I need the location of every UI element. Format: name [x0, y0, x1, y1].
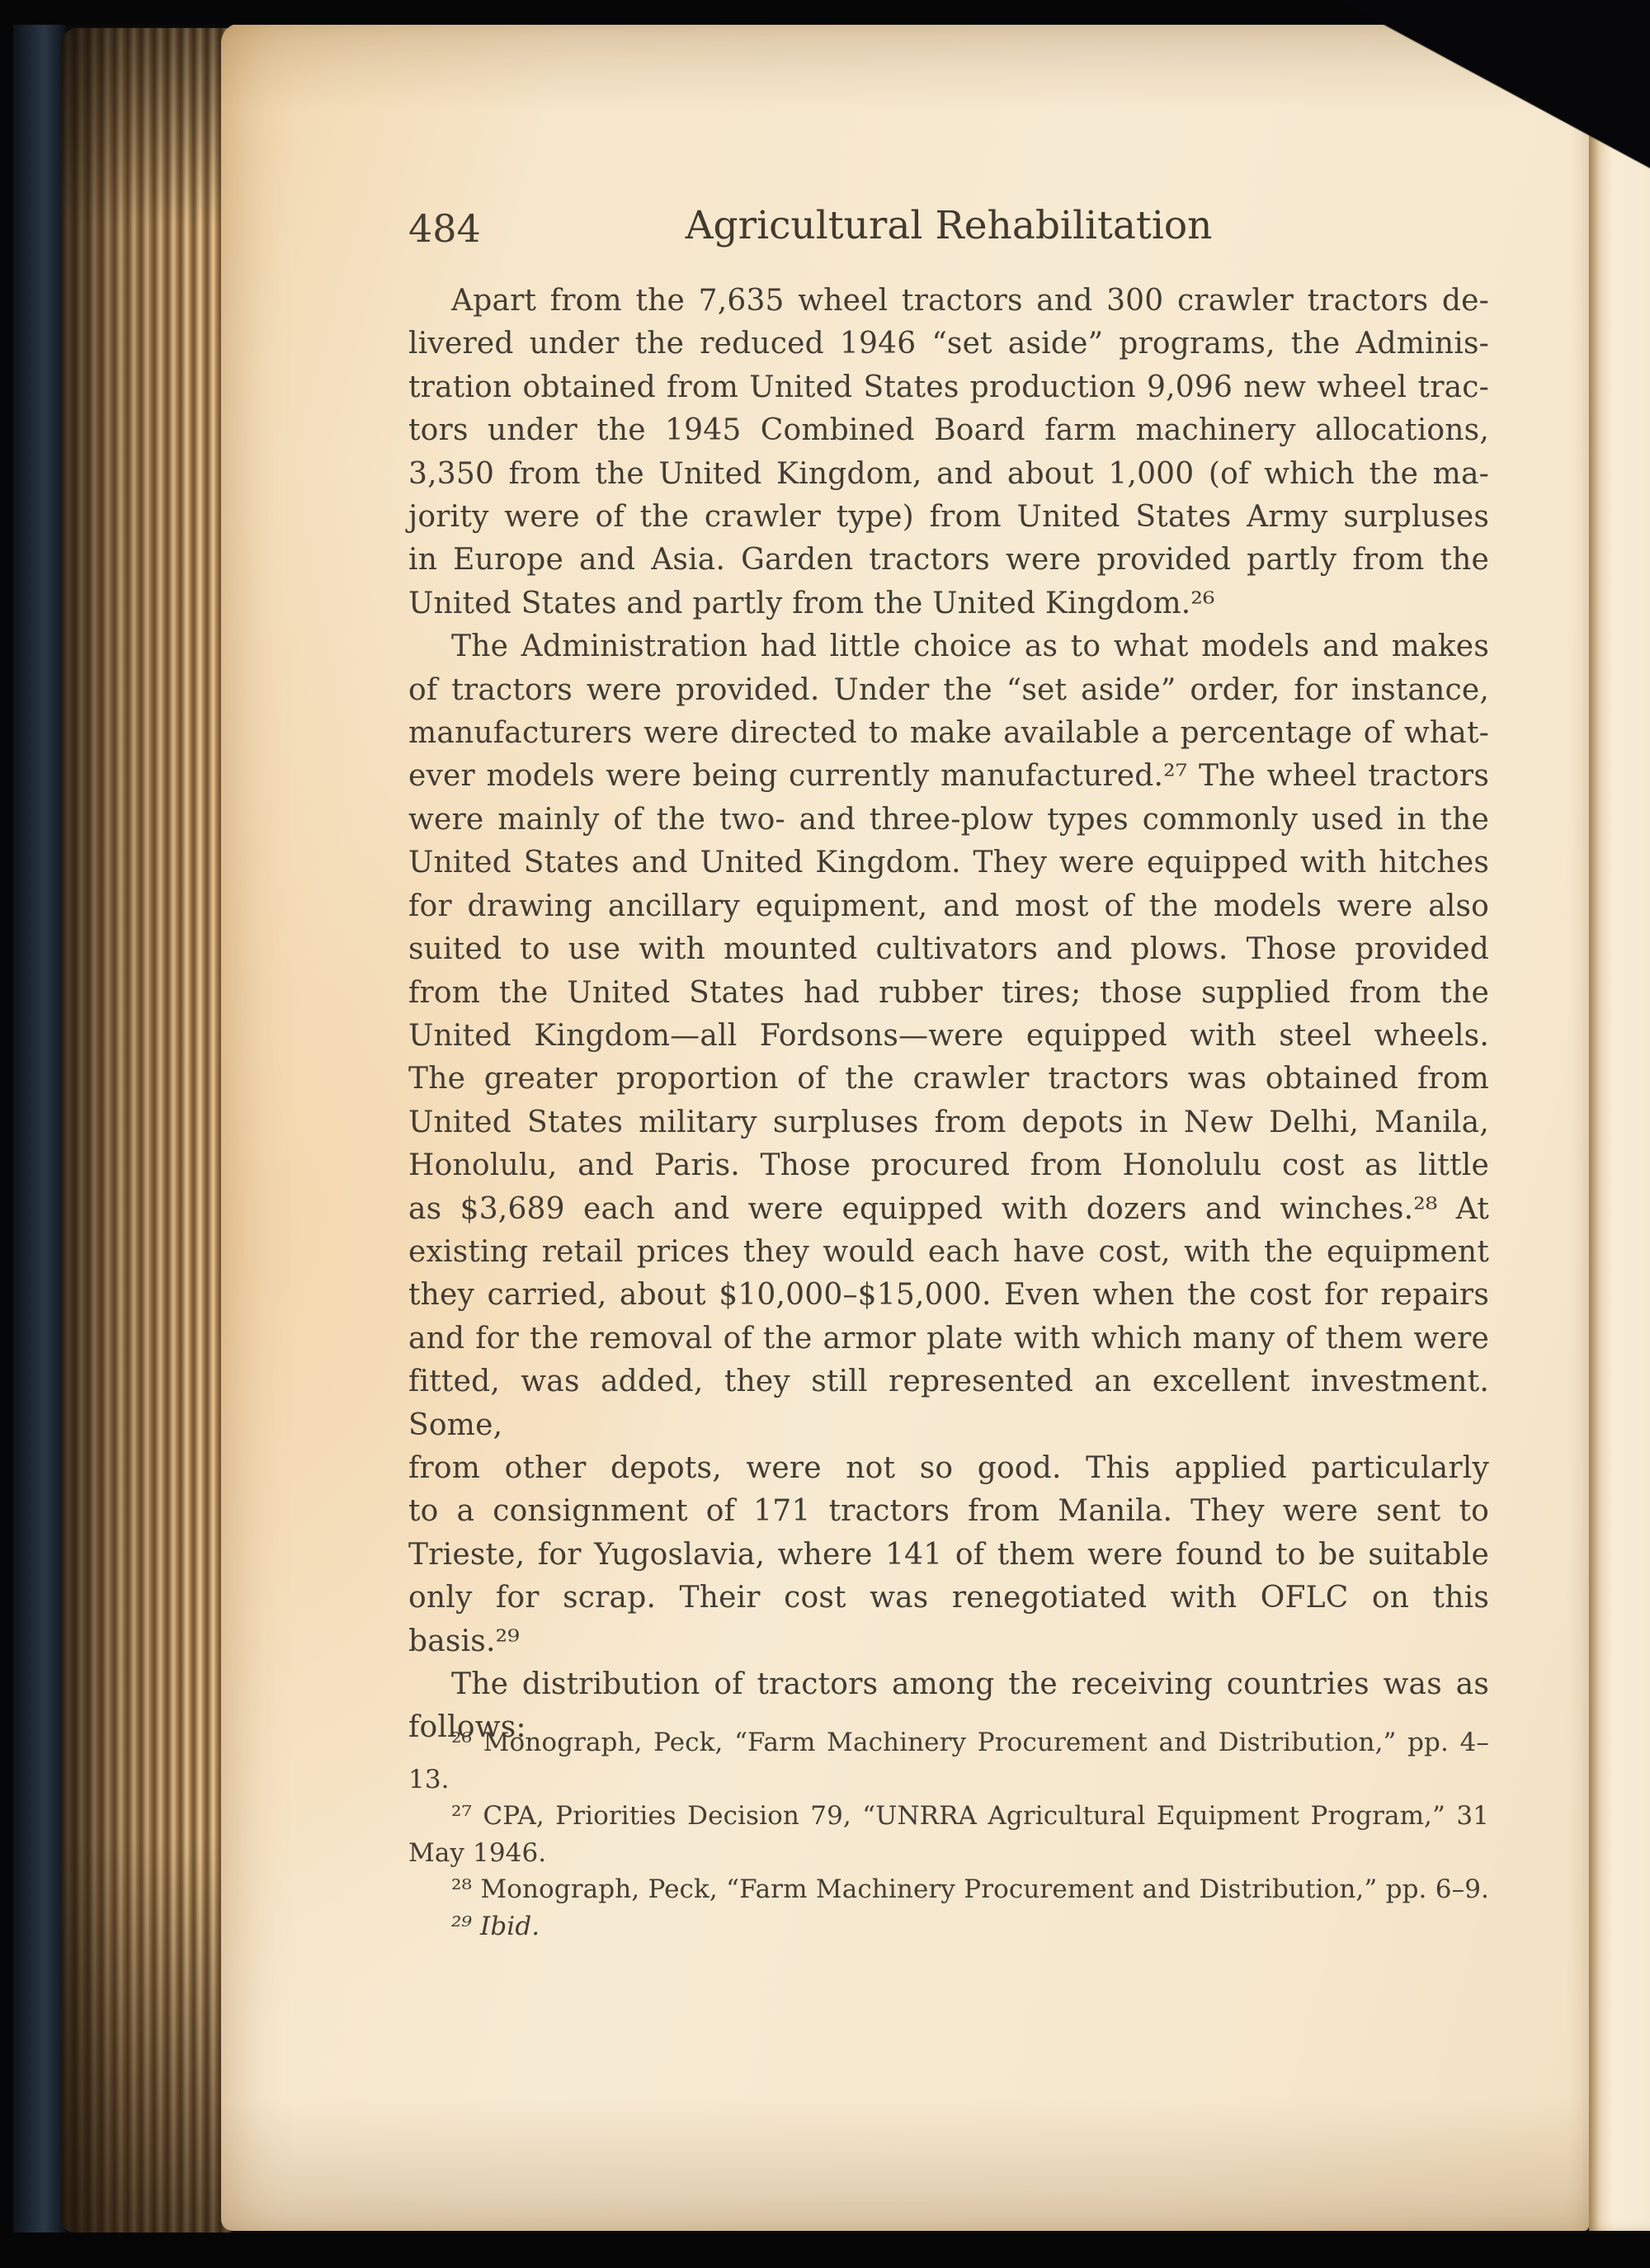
text-line: ²⁷ CPA, Priorities Decision 79, “UNRRA A…	[408, 1798, 1489, 1835]
text-line: The distribution of tractors among the r…	[408, 1663, 1489, 1706]
footnotes: ²⁶ Monograph, Peck, “Farm Machinery Proc…	[408, 1724, 1489, 1945]
scanned-book-photo: 484 Agricultural Rehabilitation Apart fr…	[0, 0, 1650, 2268]
running-head: Agricultural Rehabilitation	[408, 203, 1489, 248]
text-line: United Kingdom—all Fordsons—were equippe…	[408, 1015, 1489, 1058]
text-line: United States and partly from the United…	[408, 582, 1489, 625]
text-line: they carried, about $10,000–$15,000. Eve…	[408, 1274, 1489, 1317]
text-line: suited to use with mounted cultivators a…	[408, 928, 1489, 971]
text-line: United States military surpluses from de…	[408, 1101, 1489, 1144]
text-line: existing retail prices they would each h…	[408, 1231, 1489, 1274]
paragraph: ²⁹ Ibid.	[408, 1908, 1489, 1945]
text-line: The greater proportion of the crawler tr…	[408, 1058, 1489, 1101]
stacked-page-edges	[61, 28, 231, 2233]
text-line: of tractors were provided. Under the “se…	[408, 669, 1489, 712]
body-text: Apart from the 7,635 wheel tractors and …	[408, 280, 1489, 1750]
text-line: Trieste, for Yugoslavia, where 141 of th…	[408, 1534, 1489, 1577]
text-line: only for scrap. Their cost was renegotia…	[408, 1577, 1489, 1620]
photo-border-corner	[1336, 0, 1650, 169]
book-page: 484 Agricultural Rehabilitation Apart fr…	[221, 23, 1589, 2231]
photo-border-left	[0, 0, 13, 2268]
text-line: and for the removal of the armor plate w…	[408, 1318, 1489, 1360]
text-line: from other depots, were not so good. Thi…	[408, 1447, 1489, 1490]
text-line: livered under the reduced 1946 “set asid…	[408, 323, 1489, 365]
photo-border-bottom	[0, 2233, 1650, 2268]
text-line: tration obtained from United States prod…	[408, 366, 1489, 409]
text-line: Apart from the 7,635 wheel tractors and …	[408, 280, 1489, 323]
text-line: in Europe and Asia. Garden tractors were…	[408, 539, 1489, 582]
paragraph: The Administration had little choice as …	[408, 625, 1489, 1663]
text-line: fitted, was added, they still represente…	[408, 1360, 1489, 1447]
text-line: to a consignment of 171 tractors from Ma…	[408, 1490, 1489, 1533]
paragraph: ²⁸ Monograph, Peck, “Farm Machinery Proc…	[408, 1871, 1489, 1908]
text-line: jority were of the crawler type) from Un…	[408, 496, 1489, 539]
text-line: ²⁸ Monograph, Peck, “Farm Machinery Proc…	[408, 1871, 1489, 1908]
next-page-edge	[1589, 25, 1650, 2231]
text-line: 3,350 from the United Kingdom, and about…	[408, 453, 1489, 496]
book-spine	[12, 17, 66, 2252]
paragraph: Apart from the 7,635 wheel tractors and …	[408, 280, 1489, 625]
text-line: The Administration had little choice as …	[408, 625, 1489, 668]
text-line: Honolulu, and Paris. Those procured from…	[408, 1144, 1489, 1187]
text-line: from the United States had rubber tires;…	[408, 972, 1489, 1015]
text-line: May 1946.	[408, 1835, 1489, 1872]
text-line: ²⁹ Ibid.	[408, 1908, 1489, 1945]
text-line: ²⁶ Monograph, Peck, “Farm Machinery Proc…	[408, 1724, 1489, 1798]
text-line: were mainly of the two- and three-plow t…	[408, 799, 1489, 842]
page-header: 484 Agricultural Rehabilitation	[408, 203, 1489, 252]
text-line: for drawing ancillary equipment, and mos…	[408, 885, 1489, 928]
text-line: ever models were being currently manufac…	[408, 755, 1489, 798]
paragraph: ²⁶ Monograph, Peck, “Farm Machinery Proc…	[408, 1724, 1489, 1798]
paragraph: ²⁷ CPA, Priorities Decision 79, “UNRRA A…	[408, 1798, 1489, 1871]
text-line: tors under the 1945 Combined Board farm …	[408, 409, 1489, 452]
text-line: as $3,689 each and were equipped with do…	[408, 1188, 1489, 1231]
text-line: manufacturers were directed to make avai…	[408, 712, 1489, 755]
text-line: United States and United Kingdom. They w…	[408, 842, 1489, 884]
text-line: basis.²⁹	[408, 1620, 1489, 1663]
